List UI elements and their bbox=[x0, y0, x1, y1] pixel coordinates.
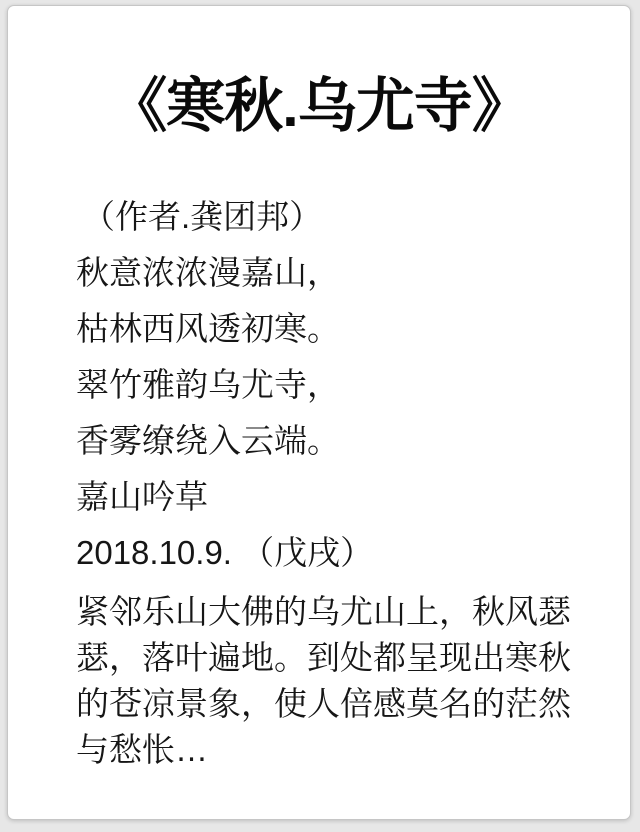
poem-line-4: 香雾缭绕入云端。 bbox=[76, 413, 562, 469]
prose-paragraph: 紧邻乐山大佛的乌尤山上，秋风瑟瑟，落叶遍地。到处都呈现出寒秋的苍凉景象，使人倍感… bbox=[76, 589, 573, 773]
poem-line-2: 枯林西风透初寒。 bbox=[76, 301, 562, 357]
poem-title: 《寒秋.乌尤寺》 bbox=[76, 58, 562, 143]
poem-line-3: 翠竹雅韵乌尤寺， bbox=[76, 357, 562, 413]
date-line: 2018.10.9. （戊戌） bbox=[76, 525, 562, 581]
poem-page-card: 《寒秋.乌尤寺》 （作者.龚团邦） 秋意浓浓漫嘉山， 枯林西风透初寒。 翠竹雅韵… bbox=[7, 5, 631, 820]
poem-line-1: 秋意浓浓漫嘉山， bbox=[76, 245, 562, 301]
signature-line: 嘉山吟草 bbox=[76, 469, 562, 525]
author-line: （作者.龚团邦） bbox=[76, 189, 562, 245]
